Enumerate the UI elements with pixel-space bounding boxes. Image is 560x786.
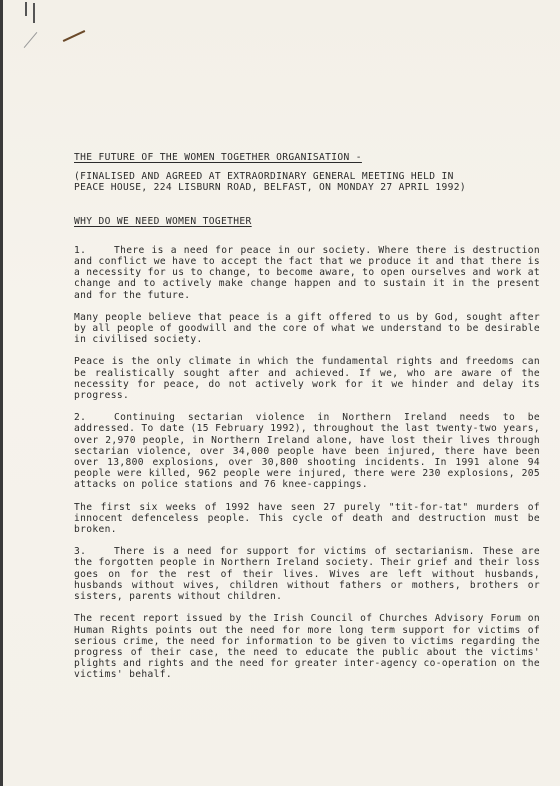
pencil-mark: [24, 32, 38, 48]
document-title: THE FUTURE OF THE WOMEN TOGETHER ORGANIS…: [74, 152, 540, 163]
document-subtitle-line2: PEACE HOUSE, 224 LISBURN ROAD, BELFAST, …: [74, 182, 540, 193]
ink-mark: [63, 30, 86, 42]
paragraph-1: 1.There is a need for peace in our socie…: [74, 245, 540, 301]
document-page: THE FUTURE OF THE WOMEN TOGETHER ORGANIS…: [0, 0, 560, 786]
paragraph-3: 3.There is a need for support for victim…: [74, 546, 540, 602]
section-heading: WHY DO WE NEED WOMEN TOGETHER: [74, 216, 540, 227]
page-edge-shadow: [0, 0, 3, 786]
paragraph-1b: Many people believe that peace is a gift…: [74, 312, 540, 346]
document-body: THE FUTURE OF THE WOMEN TOGETHER ORGANIS…: [74, 152, 540, 681]
paragraph-2b: The first six weeks of 1992 have seen 27…: [74, 502, 540, 536]
paragraph-3b: The recent report issued by the Irish Co…: [74, 613, 540, 680]
pencil-mark: [25, 2, 27, 16]
paragraph-1c: Peace is the only climate in which the f…: [74, 356, 540, 401]
paragraph-2: 2.Continuing sectarian violence in North…: [74, 412, 540, 490]
document-subtitle-line1: (FINALISED AND AGREED AT EXTRAORDINARY G…: [74, 171, 540, 182]
pencil-mark: [33, 3, 35, 23]
